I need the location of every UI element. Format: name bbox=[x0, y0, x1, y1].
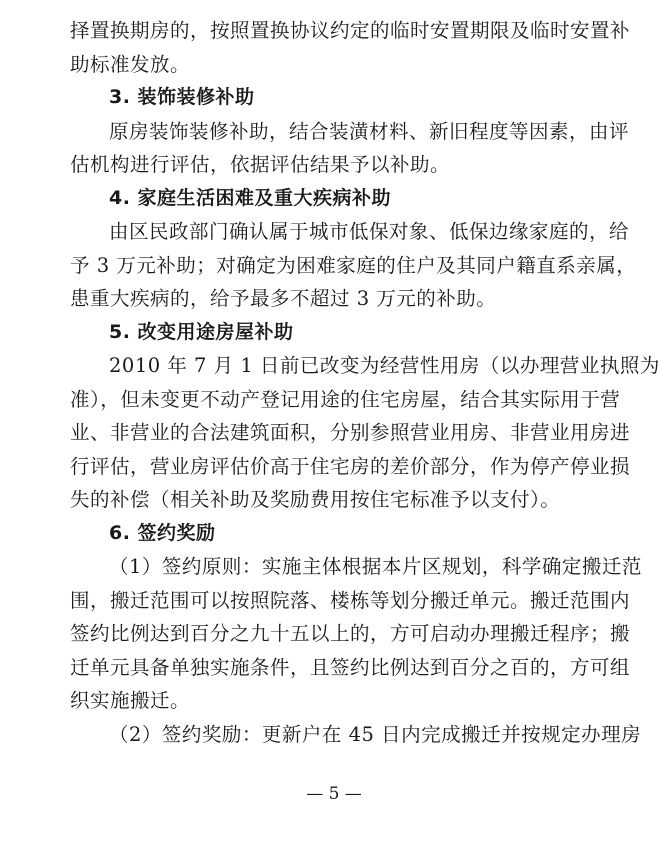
paragraph-line: 业、非营业的合法建筑面积，分别参照营业用房、非营业用房进 bbox=[70, 416, 594, 450]
page-number: — 5 — bbox=[0, 784, 668, 804]
paragraph-line: 2010 年 7 月 1 日前已改变为经营性用房（以办理营业执照为 bbox=[70, 349, 594, 383]
paragraph-line: 择置换期房的，按照置换协议约定的临时安置期限及临时安置补 bbox=[70, 14, 594, 48]
paragraph-line: 原房装饰装修补助，结合装潢材料、新旧程度等因素，由评 bbox=[70, 115, 594, 149]
section-heading: 4. 家庭生活困难及重大疾病补助 bbox=[70, 182, 594, 216]
paragraph-line: 迁单元具备单独实施条件，且签约比例达到百分之百的，方可组 bbox=[70, 651, 594, 685]
paragraph-line: 准），但未变更不动产登记用途的住宅房屋，结合其实际用于营 bbox=[70, 383, 594, 417]
paragraph-line: 织实施搬迁。 bbox=[70, 684, 594, 718]
paragraph-line: 由区民政部门确认属于城市低保对象、低保边缘家庭的，给 bbox=[70, 215, 594, 249]
paragraph-line: （1）签约原则：实施主体根据本片区规划，科学确定搬迁范 bbox=[70, 550, 594, 584]
paragraph-line: 予 3 万元补助；对确定为困难家庭的住户及其同户籍直系亲属， bbox=[70, 249, 594, 283]
paragraph-line: 围，搬迁范围可以按照院落、楼栋等划分搬迁单元。搬迁范围内 bbox=[70, 584, 594, 618]
paragraph-line: 签约比例达到百分之九十五以上的，方可启动办理搬迁程序；搬 bbox=[70, 617, 594, 651]
section-heading: 5. 改变用途房屋补助 bbox=[70, 316, 594, 350]
paragraph-line: 行评估，营业房评估价高于住宅房的差价部分，作为停产停业损 bbox=[70, 450, 594, 484]
paragraph-line: （2）签约奖励：更新户在 45 日内完成搬迁并按规定办理房 bbox=[70, 718, 594, 752]
paragraph-line: 估机构进行评估，依据评估结果予以补助。 bbox=[70, 148, 594, 182]
section-heading: 6. 签约奖励 bbox=[70, 517, 594, 551]
document-page: 择置换期房的，按照置换协议约定的临时安置期限及临时安置补 助标准发放。 3. 装… bbox=[70, 14, 594, 751]
section-heading: 3. 装饰装修补助 bbox=[70, 81, 594, 115]
paragraph-line: 助标准发放。 bbox=[70, 48, 594, 82]
paragraph-line: 患重大疾病的，给予最多不超过 3 万元的补助。 bbox=[70, 282, 594, 316]
paragraph-line: 失的补偿（相关补助及奖励费用按住宅标准予以支付）。 bbox=[70, 483, 594, 517]
